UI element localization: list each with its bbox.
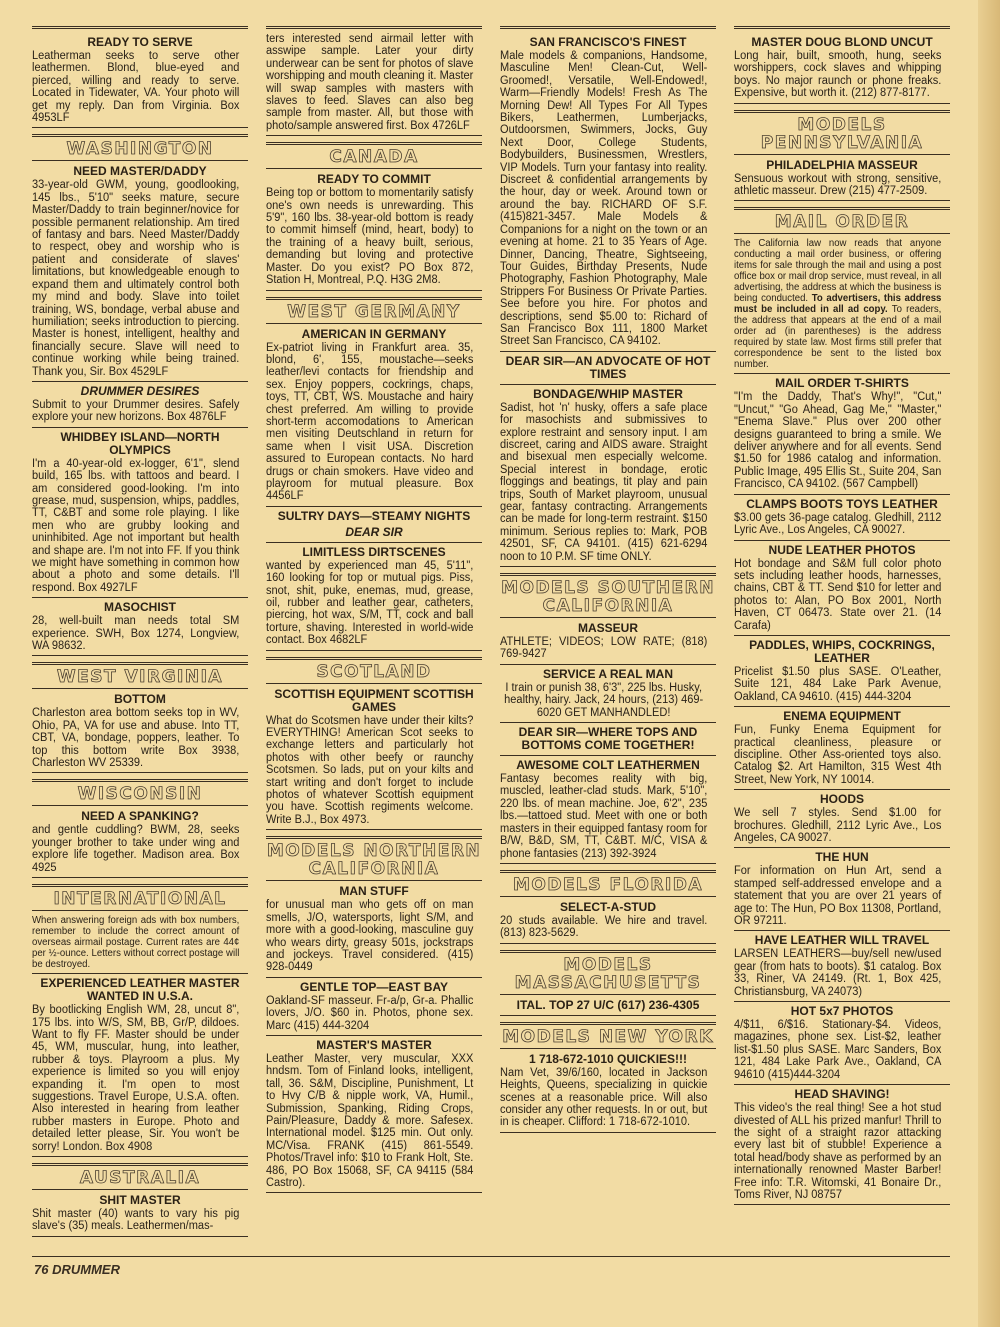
divider xyxy=(266,290,482,291)
ad-body: Shit master (40) wants to vary his pig s… xyxy=(32,1208,239,1233)
divider xyxy=(266,1035,482,1036)
divider xyxy=(500,384,716,385)
divider xyxy=(32,655,248,656)
divider xyxy=(32,877,248,878)
ad-title: MASTER DOUG BLOND UNCUT xyxy=(734,36,950,49)
ad-title: ENEMA EQUIPMENT xyxy=(734,710,950,723)
section-header: MODELS NORTHERN CALIFORNIA xyxy=(266,836,482,881)
section-header: INTERNATIONAL xyxy=(32,884,248,911)
ad-body: ters interested send airmail letter with… xyxy=(266,33,473,132)
divider xyxy=(266,1192,482,1193)
ad-body: Nam Vet, 39/6/160, located in Jackson He… xyxy=(500,1067,707,1129)
ad-title: NUDE LEATHER PHOTOS xyxy=(734,544,950,557)
divider xyxy=(266,650,482,651)
classified-ad: WHIDBEY ISLAND—NORTH OLYMPICSI'm a 40-ye… xyxy=(32,431,248,594)
classified-ad: NEED MASTER/DADDY33-year-old GWM, young,… xyxy=(32,165,248,378)
classified-ad: DEAR SIR—AN ADVOCATE OF HOT TIMES xyxy=(500,355,716,381)
ad-body: Being top or bottom to momentarily satis… xyxy=(266,187,473,286)
ad-body: for unusual man who gets off on man smel… xyxy=(266,899,473,973)
divider xyxy=(734,789,950,790)
section-header: MODELS FLORIDA xyxy=(500,870,716,897)
section-header: MODELS MASSACHUSETTS xyxy=(500,950,716,995)
divider xyxy=(32,127,248,128)
ad-body: "I'm the Daddy, That's Why!", "Cut," "Un… xyxy=(734,391,941,490)
classified-ad: CLAMPS BOOTS TOYS LEATHER$3.00 gets 36-p… xyxy=(734,498,950,537)
classified-ad: MAN STUFFfor unusual man who gets off on… xyxy=(266,885,482,973)
ad-body: 33-year-old GWM, young, goodlooking, 145… xyxy=(32,179,239,378)
classified-ad: HAVE LEATHER WILL TRAVELLARSEN LEATHERS—… xyxy=(734,934,950,998)
divider xyxy=(734,1204,950,1205)
ad-title: LIMITLESS DIRTSCENES xyxy=(266,546,482,559)
divider xyxy=(734,540,950,541)
ad-title: DEAR SIR—WHERE TOPS AND BOTTOMS COME TOG… xyxy=(500,726,716,752)
classified-ad: SCOTTISH EQUIPMENT SCOTTISH GAMESWhat do… xyxy=(266,688,482,827)
ad-title: PHILADELPHIA MASSEUR xyxy=(734,159,950,172)
divider xyxy=(32,427,248,428)
classified-ad: HOT 5x7 PHOTOS4/$11, 6/$16. Stationary-$… xyxy=(734,1005,950,1081)
ad-title: SELECT-A-STUD xyxy=(500,901,716,914)
divider xyxy=(32,973,248,974)
classified-ad: MAIL ORDER T-SHIRTS"I'm the Daddy, That'… xyxy=(734,377,950,490)
ad-title: THE HUN xyxy=(734,851,950,864)
ad-title: READY TO COMMIT xyxy=(266,173,482,186)
ad-title: GENTLE TOP—EAST BAY xyxy=(266,981,482,994)
ad-title: HAVE LEATHER WILL TRAVEL xyxy=(734,934,950,947)
column-2: ters interested send airmail letter with… xyxy=(266,26,482,1254)
ad-body: Charleston area bottom seeks top in WV, … xyxy=(32,707,239,769)
classified-ad: READY TO COMMITBeing top or bottom to mo… xyxy=(266,173,482,286)
classified-ad: THE HUNFor information on Hun Art, send … xyxy=(734,851,950,927)
classified-ad: SHIT MASTERShit master (40) wants to var… xyxy=(32,1194,248,1233)
classified-ad: BONDAGE/WHIP MASTERSadist, hot 'n' husky… xyxy=(500,388,716,563)
classified-ad: GENTLE TOP—EAST BAYOakland-SF masseur. F… xyxy=(266,981,482,1032)
section-header: WISCONSIN xyxy=(32,779,248,806)
ad-body: By bootlicking English WM, 28, uncut 8",… xyxy=(32,1004,239,1153)
ad-body: What do Scotsmen have under their kilts?… xyxy=(266,715,473,827)
divider xyxy=(734,930,950,931)
classified-ad: LIMITLESS DIRTSCENESwanted by experience… xyxy=(266,546,482,647)
divider xyxy=(32,1156,248,1157)
divider xyxy=(500,566,716,567)
ad-body: 4/$11, 6/$16. Stationary-$4. Videos, mag… xyxy=(734,1019,941,1081)
ad-body: and gentle cuddling? BWM, 28, seeks youn… xyxy=(32,824,239,874)
ad-title: MAN STUFF xyxy=(266,885,482,898)
ad-body: I train or punish 38, 6'3", 225 lbs. Hus… xyxy=(500,682,707,719)
ad-body: Long hair, built, smooth, hung, seeks wo… xyxy=(734,50,941,100)
ad-title: SAN FRANCISCO'S FINEST xyxy=(500,36,716,49)
notice-block: The California law now reads that anyone… xyxy=(734,238,950,370)
classified-ad: AMERICAN IN GERMANYEx-patriot living in … xyxy=(266,328,482,503)
divider xyxy=(734,847,950,848)
classified-ad: DEAR SIR—WHERE TOPS AND BOTTOMS COME TOG… xyxy=(500,726,716,752)
section-header: MAIL ORDER xyxy=(734,207,950,234)
ad-body: Leatherman seeks to serve other leatherm… xyxy=(32,50,239,124)
divider xyxy=(266,829,482,830)
ad-title: HEAD SHAVING! xyxy=(734,1088,950,1101)
classified-ad: SERVICE A REAL MANI train or punish 38, … xyxy=(500,668,716,719)
classified-ad: READY TO SERVELeatherman seeks to serve … xyxy=(32,36,248,124)
ad-title: AMERICAN IN GERMANY xyxy=(266,328,482,341)
ad-title: SULTRY DAYS—STEAMY NIGHTS xyxy=(266,510,482,523)
ad-title: SERVICE A REAL MAN xyxy=(500,668,716,681)
section-header: WEST GERMANY xyxy=(266,297,482,324)
divider xyxy=(32,381,248,382)
divider xyxy=(734,103,950,104)
divider xyxy=(500,1015,716,1016)
ad-body: This video's the real thing! See a hot s… xyxy=(734,1102,941,1201)
divider xyxy=(266,506,482,507)
ad-body: 20 studs available. We hire and travel. … xyxy=(500,915,707,940)
notice-text: The California law now reads that anyone… xyxy=(734,238,941,370)
ad-body: LARSEN LEATHERS—buy/sell new/used gear (… xyxy=(734,948,941,998)
classified-ad: SAN FRANCISCO'S FINESTMale models & comp… xyxy=(500,36,716,348)
classified-ad: BOTTOMCharleston area bottom seeks top i… xyxy=(32,693,248,769)
classified-ad: 1 718-672-1010 QUICKIES!!!Nam Vet, 39/6/… xyxy=(500,1053,716,1129)
ad-title: BOTTOM xyxy=(32,693,248,706)
section-header: MODELS SOUTHERN CALIFORNIA xyxy=(500,573,716,618)
classified-ad: NUDE LEATHER PHOTOSHot bondage and S&M f… xyxy=(734,544,950,632)
ad-title: MASSEUR xyxy=(500,622,716,635)
ad-body: Sensuous workout with strong, sensitive,… xyxy=(734,173,941,198)
classifieds-columns: READY TO SERVELeatherman seeks to serve … xyxy=(32,26,950,1254)
divider xyxy=(500,1132,716,1133)
section-header: CANADA xyxy=(266,142,482,169)
divider xyxy=(734,373,950,374)
classified-ad: PHILADELPHIA MASSEURSensuous workout wit… xyxy=(734,159,950,198)
ad-body: For information on Hun Art, send a stamp… xyxy=(734,865,941,927)
column-4: MASTER DOUG BLOND UNCUTLong hair, built,… xyxy=(734,26,950,1254)
ad-title: PADDLES, WHIPS, COCKRINGS, LEATHER xyxy=(734,639,950,665)
notice-text: When answering foreign ads with box numb… xyxy=(32,915,239,970)
classified-ad: SELECT-A-STUD20 studs available. We hire… xyxy=(500,901,716,940)
classified-ad: HOODSWe sell 7 styles. Send $1.00 for br… xyxy=(734,793,950,844)
divider xyxy=(500,351,716,352)
classified-ad: AWESOME COLT LEATHERMENFantasy becomes r… xyxy=(500,759,716,860)
ad-title: WHIDBEY ISLAND—NORTH OLYMPICS xyxy=(32,431,248,457)
ad-title: NEED MASTER/DADDY xyxy=(32,165,248,178)
divider xyxy=(32,1236,248,1237)
divider xyxy=(500,943,716,944)
ad-title: READY TO SERVE xyxy=(32,36,248,49)
ad-body: Sadist, hot 'n' husky, offers a safe pla… xyxy=(500,402,707,563)
divider xyxy=(734,1084,950,1085)
magazine-name: DRUMMER xyxy=(52,1262,120,1277)
divider xyxy=(266,542,482,543)
ad-title: BONDAGE/WHIP MASTER xyxy=(500,388,716,401)
divider xyxy=(734,200,950,201)
column-3: SAN FRANCISCO'S FINESTMale models & comp… xyxy=(500,26,716,1254)
ad-body: Ex-patriot living in Frankfurt area. 35,… xyxy=(266,342,473,503)
ad-body: Fantasy becomes reality with big, muscle… xyxy=(500,773,707,860)
divider xyxy=(500,722,716,723)
ad-title: NEED A SPANKING? xyxy=(32,810,248,823)
divider xyxy=(32,597,248,598)
divider xyxy=(500,863,716,864)
ad-title: 1 718-672-1010 QUICKIES!!! xyxy=(500,1053,716,1066)
ad-title: MAIL ORDER T-SHIRTS xyxy=(734,377,950,390)
ad-body: Male models & companions, Handsome, Masc… xyxy=(500,50,707,348)
section-header: SCOTLAND xyxy=(266,657,482,684)
ad-title: CLAMPS BOOTS TOYS LEATHER xyxy=(734,498,950,511)
ad-title: DRUMMER DESIRES xyxy=(32,385,248,398)
ad-body: 28, well-built man needs total SM experi… xyxy=(32,615,239,652)
ad-body: Oakland-SF masseur. Fr-a/p, Gr-a. Phalli… xyxy=(266,995,473,1032)
ad-body: ATHLETE; VIDEOS; LOW RATE; (818) 769-942… xyxy=(500,636,707,661)
ad-body: wanted by experienced man 45, 5'11", 160… xyxy=(266,560,473,647)
ad-body: Submit to your Drummer desires. Safely e… xyxy=(32,399,239,424)
classified-ad: MASSEURATHLETE; VIDEOS; LOW RATE; (818) … xyxy=(500,622,716,661)
page-folio: 76 DRUMMER xyxy=(34,1262,120,1277)
ad-body: Pricelist $1.50 plus SASE. O'Leather, Su… xyxy=(734,666,941,703)
ad-body: $3.00 gets 36-page catalog. Gledhill, 21… xyxy=(734,512,941,537)
classified-ad: HEAD SHAVING!This video's the real thing… xyxy=(734,1088,950,1201)
section-header: MODELS NEW YORK xyxy=(500,1022,716,1049)
section-header: WASHINGTON xyxy=(32,134,248,161)
divider xyxy=(734,1001,950,1002)
section-header: MODELS PENNSYLVANIA xyxy=(734,110,950,155)
ad-subtitle: DEAR SIR xyxy=(266,526,482,539)
classified-ad: EXPERIENCED LEATHER MASTER WANTED IN U.S… xyxy=(32,977,248,1153)
divider xyxy=(266,977,482,978)
classified-ad: PADDLES, WHIPS, COCKRINGS, LEATHERPricel… xyxy=(734,639,950,703)
ad-body: Hot bondage and S&M full color photo set… xyxy=(734,558,941,632)
classified-ad: ITAL. TOP 27 U/C (617) 236-4305 xyxy=(500,999,716,1012)
classified-ad: ters interested send airmail letter with… xyxy=(266,33,482,132)
ad-title: DEAR SIR—AN ADVOCATE OF HOT TIMES xyxy=(500,355,716,381)
ad-title: ITAL. TOP 27 U/C (617) 236-4305 xyxy=(500,999,716,1012)
classified-ad: ENEMA EQUIPMENTFun, Funky Enema Equipmen… xyxy=(734,710,950,786)
section-header: WEST VIRGINIA xyxy=(32,662,248,689)
divider xyxy=(32,772,248,773)
ad-body: I'm a 40-year-old ex-logger, 6'1", slend… xyxy=(32,458,239,594)
ad-title: MASTER'S MASTER xyxy=(266,1039,482,1052)
classified-ad: DRUMMER DESIRESSubmit to your Drummer de… xyxy=(32,385,248,424)
ad-body: Leather Master, very muscular, XXX hndsm… xyxy=(266,1053,473,1189)
classified-ad: SULTRY DAYS—STEAMY NIGHTSDEAR SIR xyxy=(266,510,482,539)
ad-title: HOODS xyxy=(734,793,950,806)
divider xyxy=(734,494,950,495)
notice-block: When answering foreign ads with box numb… xyxy=(32,915,248,970)
page-edge xyxy=(978,0,1000,1327)
page-number: 76 xyxy=(34,1262,48,1277)
footer-rule xyxy=(32,1256,950,1257)
ad-title: SCOTTISH EQUIPMENT SCOTTISH GAMES xyxy=(266,688,482,714)
ad-title: AWESOME COLT LEATHERMEN xyxy=(500,759,716,772)
divider xyxy=(500,755,716,756)
ad-body: We sell 7 styles. Send $1.00 for brochur… xyxy=(734,807,941,844)
classified-ad: MASOCHIST28, well-built man needs total … xyxy=(32,601,248,652)
column-1: READY TO SERVELeatherman seeks to serve … xyxy=(32,26,248,1254)
ad-body: Fun, Funky Enema Equipment for practical… xyxy=(734,724,941,786)
ad-title: MASOCHIST xyxy=(32,601,248,614)
classified-ad: MASTER'S MASTERLeather Master, very musc… xyxy=(266,1039,482,1189)
ad-title: HOT 5x7 PHOTOS xyxy=(734,1005,950,1018)
section-header: AUSTRALIA xyxy=(32,1163,248,1190)
divider xyxy=(734,706,950,707)
divider xyxy=(500,664,716,665)
classified-ad: NEED A SPANKING?and gentle cuddling? BWM… xyxy=(32,810,248,874)
classified-ad: MASTER DOUG BLOND UNCUTLong hair, built,… xyxy=(734,36,950,100)
ad-title: EXPERIENCED LEATHER MASTER WANTED IN U.S… xyxy=(32,977,248,1003)
divider xyxy=(734,635,950,636)
ad-title: SHIT MASTER xyxy=(32,1194,248,1207)
divider xyxy=(266,135,482,136)
